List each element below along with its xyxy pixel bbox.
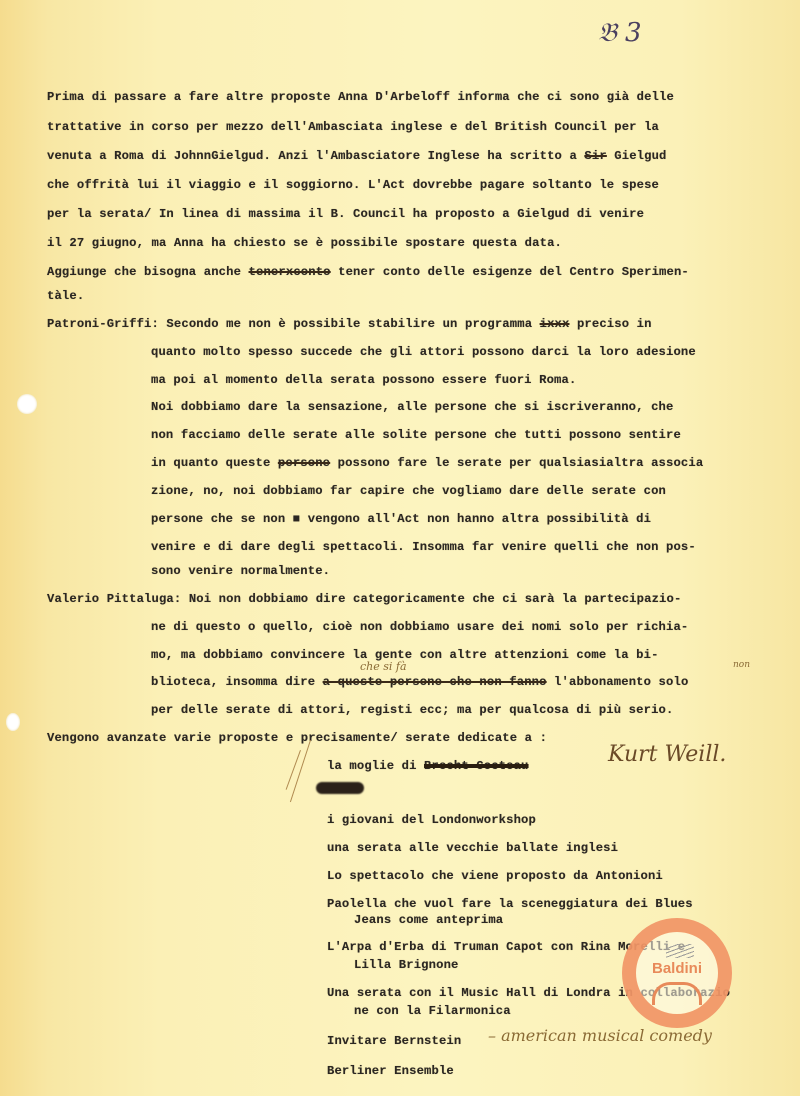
list-item: Berliner Ensemble (327, 1064, 454, 1078)
text-segment: tener conto delle esigenze del Centro Sp… (331, 265, 689, 279)
text-segment: Aggiunge che bisogna anche (47, 265, 249, 279)
text-line: che offrità lui il viaggio e il soggiorn… (47, 178, 659, 192)
text-line: il 27 giugno, ma Anna ha chiesto se è po… (47, 236, 562, 250)
strikethrough-text: persone (278, 456, 330, 470)
text-line: persone che se non ■ vengono all'Act non… (151, 512, 651, 526)
text-line: Patroni-Griffi: Secondo me non è possibi… (47, 317, 652, 331)
list-item: i giovani del Londonworkshop (327, 813, 536, 827)
list-item-continuation: Jeans come anteprima (354, 913, 503, 927)
ink-blot (316, 782, 364, 794)
page-number-handwritten: 𝔅 3 (598, 18, 642, 49)
text-line: trattative in corso per mezzo dell'Ambas… (47, 120, 659, 134)
text-line: zione, no, noi dobbiamo far capire che v… (151, 484, 666, 498)
text-line: in quanto queste persone possono fare le… (151, 456, 703, 470)
list-item: Lo spettacolo che viene proposto da Anto… (327, 869, 663, 883)
list-item: la moglie di Brecht Cocteau (327, 759, 529, 773)
text-segment: l'abbonamento solo (547, 675, 689, 689)
text-segment: Gielgud (607, 149, 667, 163)
text-line: quanto molto spesso succede che gli atto… (151, 345, 696, 359)
text-segment: venuta a Roma di JohnnGielgud. Anzi l'Am… (47, 149, 584, 163)
strikethrough-text: tenerxconto (249, 265, 331, 279)
text-line: Valerio Pittaluga: Noi non dobbiamo dire… (47, 592, 681, 606)
punch-hole (6, 713, 20, 731)
text-line: tàle. (47, 289, 84, 303)
list-item-continuation: ne con la Filarmonica (354, 1004, 511, 1018)
document-page: 𝔅 3 Prima di passare a fare altre propos… (0, 0, 800, 1096)
text-line: ne di questo o quello, cioè non dobbiamo… (151, 620, 688, 634)
strikethrough-text: a queste persone che non fanno (323, 675, 547, 689)
text-line: per la serata/ In linea di massima il B.… (47, 207, 644, 221)
list-item: Invitare Bernstein (327, 1034, 461, 1048)
strikethrough-text: ixxx (540, 317, 570, 331)
strikethrough-text: Brecht Cocteau (424, 759, 529, 773)
handwritten-insertion: – american musical comedy (488, 1026, 712, 1045)
handwritten-insertion: Kurt Weill. (608, 742, 726, 767)
speaker-name: Patroni-Griffi: (47, 317, 159, 331)
text-line: non facciamo delle serate alle solite pe… (151, 428, 681, 442)
archive-stamp: Baldini (622, 918, 732, 1028)
handwritten-insertion: che si fà (360, 660, 407, 673)
text-line: venuta a Roma di JohnnGielgud. Anzi l'Am… (47, 149, 667, 163)
list-item: Paolella che vuol fare la sceneggiatura … (327, 897, 693, 911)
text-line: ma poi al momento della serata possono e… (151, 373, 576, 387)
strikethrough-text: Sir (584, 149, 606, 163)
pencil-mark (286, 750, 301, 790)
list-item: una serata alle vecchie ballate inglesi (327, 841, 618, 855)
text-line: Aggiunge che bisogna anche tenerxconto t… (47, 265, 689, 279)
text-line: venire e di dare degli spettacoli. Insom… (151, 540, 696, 554)
text-segment: in quanto queste (151, 456, 278, 470)
text-line: sono venire normalmente. (151, 564, 330, 578)
handwritten-insertion: non (733, 660, 750, 670)
stamp-logo-icon (652, 982, 702, 1005)
speaker-name: Valerio Pittaluga: (47, 592, 181, 606)
text-segment: preciso in (569, 317, 651, 331)
text-line: blioteca, insomma dire a queste persone … (151, 675, 688, 689)
text-segment: blioteca, insomma dire (151, 675, 323, 689)
text-segment: Secondo me non è possibile stabilire un … (159, 317, 540, 331)
text-segment: la moglie di (327, 759, 424, 773)
text-line: Vengono avanzate varie proposte e precis… (47, 731, 547, 745)
text-line: Prima di passare a fare altre proposte A… (47, 90, 674, 104)
text-line: Noi dobbiamo dare la sensazione, alle pe… (151, 400, 673, 414)
stamp-book-icon (666, 944, 694, 958)
text-segment: possono fare le serate per qualsiasialtr… (330, 456, 703, 470)
text-segment: Noi non dobbiamo dire categoricamente ch… (181, 592, 681, 606)
punch-hole (17, 394, 37, 414)
list-item-continuation: Lilla Brignone (354, 958, 459, 972)
text-line: per delle serate di attori, registi ecc;… (151, 703, 673, 717)
stamp-label: Baldini (636, 960, 718, 977)
